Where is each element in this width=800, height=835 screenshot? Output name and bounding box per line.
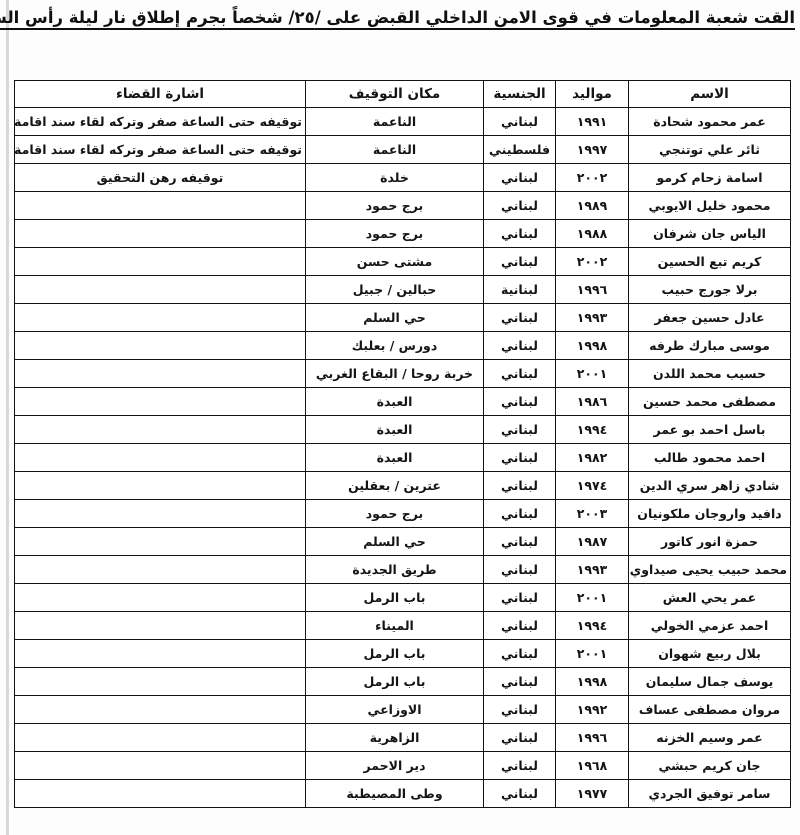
table-row: عمر محمود شحادة١٩٩١لبنانيالناعمةتوقيفه ح…	[15, 108, 791, 136]
cell-birth-year: ٢٠٠١	[556, 640, 629, 668]
cell-arrest-place: الناعمة	[306, 108, 484, 136]
arrests-table: الاسم مواليد الجنسية مكان التوقيف اشارة …	[14, 80, 791, 808]
cell-name: الياس جان شرفان	[629, 220, 791, 248]
header-nationality: الجنسية	[484, 81, 556, 108]
cell-name: مروان مصطفى عساف	[629, 696, 791, 724]
cell-birth-year: ١٩٧٤	[556, 472, 629, 500]
cell-judicial-note	[15, 192, 306, 220]
cell-birth-year: ٢٠٠١	[556, 584, 629, 612]
cell-nationality: لبناني	[484, 612, 556, 640]
cell-birth-year: ١٩٩٤	[556, 612, 629, 640]
cell-nationality: لبناني	[484, 724, 556, 752]
header-name: الاسم	[629, 81, 791, 108]
cell-nationality: لبنانية	[484, 276, 556, 304]
cell-judicial-note	[15, 752, 306, 780]
cell-birth-year: ١٩٩٣	[556, 556, 629, 584]
cell-nationality: لبناني	[484, 388, 556, 416]
cell-arrest-place: الناعمة	[306, 136, 484, 164]
cell-arrest-place: حي السلم	[306, 304, 484, 332]
cell-birth-year: ١٩٨٩	[556, 192, 629, 220]
table-row: اسامة زحام كرمو٢٠٠٢لبنانيخلدةتوقيفه رهن …	[15, 164, 791, 192]
cell-name: حسيب محمد اللدن	[629, 360, 791, 388]
table-header-row: الاسم مواليد الجنسية مكان التوقيف اشارة …	[15, 81, 791, 108]
cell-nationality: لبناني	[484, 500, 556, 528]
header-birth-year: مواليد	[556, 81, 629, 108]
cell-nationality: لبناني	[484, 780, 556, 808]
cell-judicial-note	[15, 668, 306, 696]
table-row: محمد حبيب يحيى صيداوي١٩٩٣لبنانيطريق الجد…	[15, 556, 791, 584]
cell-arrest-place: باب الرمل	[306, 640, 484, 668]
cell-nationality: فلسطيني	[484, 136, 556, 164]
cell-arrest-place: خلدة	[306, 164, 484, 192]
table-row: احمد محمود طالب١٩٨٢لبنانيالعبدة	[15, 444, 791, 472]
cell-name: سامر توفيق الجردي	[629, 780, 791, 808]
cell-arrest-place: الاوزاعي	[306, 696, 484, 724]
table-row: مصطفى محمد حسين١٩٨٦لبنانيالعبدة	[15, 388, 791, 416]
cell-judicial-note	[15, 556, 306, 584]
cell-birth-year: ١٩٦٨	[556, 752, 629, 780]
cell-nationality: لبناني	[484, 332, 556, 360]
cell-judicial-note: توقيفه حتى الساعة صفر وتركه لقاء سند اقا…	[15, 136, 306, 164]
cell-arrest-place: الميناء	[306, 612, 484, 640]
cell-birth-year: ١٩٩٧	[556, 136, 629, 164]
cell-name: شادي زاهر سري الدين	[629, 472, 791, 500]
cell-name: محمد حبيب يحيى صيداوي	[629, 556, 791, 584]
cell-judicial-note	[15, 388, 306, 416]
cell-arrest-place: دورس / بعلبك	[306, 332, 484, 360]
cell-name: عمر محمود شحادة	[629, 108, 791, 136]
cell-name: احمد محمود طالب	[629, 444, 791, 472]
table-row: جان كريم حبشي١٩٦٨لبنانيدير الاحمر	[15, 752, 791, 780]
cell-birth-year: ١٩٩٦	[556, 276, 629, 304]
cell-judicial-note	[15, 640, 306, 668]
cell-arrest-place: باب الرمل	[306, 584, 484, 612]
cell-arrest-place: العبدة	[306, 388, 484, 416]
cell-nationality: لبناني	[484, 248, 556, 276]
cell-judicial-note	[15, 500, 306, 528]
cell-judicial-note	[15, 528, 306, 556]
cell-birth-year: ٢٠٠١	[556, 360, 629, 388]
cell-arrest-place: العبدة	[306, 416, 484, 444]
table-row: شادي زاهر سري الدين١٩٧٤لبنانيعترين / بعق…	[15, 472, 791, 500]
table-row: بلال ربيع شهوان٢٠٠١لبنانيباب الرمل	[15, 640, 791, 668]
cell-nationality: لبناني	[484, 556, 556, 584]
header-judicial-note: اشارة القضاء	[15, 81, 306, 108]
cell-birth-year: ١٩٩٣	[556, 304, 629, 332]
cell-arrest-place: حبالين / جبيل	[306, 276, 484, 304]
cell-arrest-place: باب الرمل	[306, 668, 484, 696]
table-row: كريم تبع الحسين٢٠٠٢لبنانيمشتى حسن	[15, 248, 791, 276]
cell-arrest-place: مشتى حسن	[306, 248, 484, 276]
table-row: دافيد واروجان ملكونيان٢٠٠٣لبنانيبرج حمود	[15, 500, 791, 528]
cell-arrest-place: برج حمود	[306, 500, 484, 528]
cell-birth-year: ١٩٩٢	[556, 696, 629, 724]
cell-nationality: لبناني	[484, 164, 556, 192]
table-row: احمد عزمي الخولي١٩٩٤لبنانيالميناء	[15, 612, 791, 640]
table-row: حسيب محمد اللدن٢٠٠١لبنانيخربة روحا / الب…	[15, 360, 791, 388]
cell-arrest-place: برج حمود	[306, 192, 484, 220]
cell-nationality: لبناني	[484, 416, 556, 444]
table-row: باسل احمد بو عمر١٩٩٤لبنانيالعبدة	[15, 416, 791, 444]
table-row: سامر توفيق الجردي١٩٧٧لبنانيوطى المصيطبة	[15, 780, 791, 808]
cell-arrest-place: العبدة	[306, 444, 484, 472]
cell-judicial-note	[15, 276, 306, 304]
cell-nationality: لبناني	[484, 696, 556, 724]
cell-name: برلا جورج حبيب	[629, 276, 791, 304]
cell-judicial-note	[15, 304, 306, 332]
cell-name: عادل حسين جعفر	[629, 304, 791, 332]
cell-name: حمزة انور كاتور	[629, 528, 791, 556]
cell-name: موسى مبارك طرفه	[629, 332, 791, 360]
cell-arrest-place: دير الاحمر	[306, 752, 484, 780]
table-row: عمر يحي العش٢٠٠١لبنانيباب الرمل	[15, 584, 791, 612]
cell-judicial-note: توقيفه حتى الساعة صفر وتركه لقاء سند اقا…	[15, 108, 306, 136]
cell-judicial-note: توقيفه رهن التحقيق	[15, 164, 306, 192]
cell-arrest-place: الزاهرية	[306, 724, 484, 752]
cell-name: عمر يحي العش	[629, 584, 791, 612]
header-arrest-place: مكان التوقيف	[306, 81, 484, 108]
table-row: موسى مبارك طرفه١٩٩٨لبنانيدورس / بعلبك	[15, 332, 791, 360]
cell-name: مصطفى محمد حسين	[629, 388, 791, 416]
cell-arrest-place: طريق الجديدة	[306, 556, 484, 584]
scan-edge-artifact	[6, 0, 9, 835]
cell-name: كريم تبع الحسين	[629, 248, 791, 276]
cell-name: ثائر علي توتنجي	[629, 136, 791, 164]
cell-name: جان كريم حبشي	[629, 752, 791, 780]
cell-birth-year: ١٩٨٨	[556, 220, 629, 248]
cell-name: بلال ربيع شهوان	[629, 640, 791, 668]
cell-name: احمد عزمي الخولي	[629, 612, 791, 640]
cell-birth-year: ١٩٩٨	[556, 332, 629, 360]
cell-nationality: لبناني	[484, 220, 556, 248]
cell-birth-year: ١٩٨٧	[556, 528, 629, 556]
cell-judicial-note	[15, 220, 306, 248]
cell-name: اسامة زحام كرمو	[629, 164, 791, 192]
cell-birth-year: ١٩٩٤	[556, 416, 629, 444]
cell-nationality: لبناني	[484, 640, 556, 668]
cell-birth-year: ١٩٨٢	[556, 444, 629, 472]
cell-nationality: لبناني	[484, 668, 556, 696]
table-row: حمزة انور كاتور١٩٨٧لبنانيحي السلم	[15, 528, 791, 556]
cell-birth-year: ٢٠٠٣	[556, 500, 629, 528]
cell-arrest-place: خربة روحا / البقاع الغربي	[306, 360, 484, 388]
cell-arrest-place: برج حمود	[306, 220, 484, 248]
cell-judicial-note	[15, 248, 306, 276]
table-row: عمر وسيم الخزنه١٩٩٦لبنانيالزاهرية	[15, 724, 791, 752]
cell-birth-year: ١٩٧٧	[556, 780, 629, 808]
cell-name: يوسف جمال سليمان	[629, 668, 791, 696]
cell-birth-year: ١٩٨٦	[556, 388, 629, 416]
cell-judicial-note	[15, 724, 306, 752]
cell-arrest-place: وطى المصيطبة	[306, 780, 484, 808]
cell-judicial-note	[15, 780, 306, 808]
scanned-document-page: القت شعبة المعلومات في قوى الامن الداخلي…	[0, 0, 800, 835]
cell-nationality: لبناني	[484, 360, 556, 388]
cell-nationality: لبناني	[484, 584, 556, 612]
cell-nationality: لبناني	[484, 304, 556, 332]
cell-name: دافيد واروجان ملكونيان	[629, 500, 791, 528]
cell-judicial-note	[15, 584, 306, 612]
cell-judicial-note	[15, 472, 306, 500]
cell-judicial-note	[15, 360, 306, 388]
cell-nationality: لبناني	[484, 528, 556, 556]
table-row: برلا جورج حبيب١٩٩٦لبنانيةحبالين / جبيل	[15, 276, 791, 304]
table-row: مروان مصطفى عساف١٩٩٢لبنانيالاوزاعي	[15, 696, 791, 724]
cell-birth-year: ٢٠٠٢	[556, 248, 629, 276]
cell-judicial-note	[15, 696, 306, 724]
cell-nationality: لبناني	[484, 108, 556, 136]
cell-birth-year: ١٩٩٦	[556, 724, 629, 752]
table-body: عمر محمود شحادة١٩٩١لبنانيالناعمةتوقيفه ح…	[15, 108, 791, 808]
cell-name: محمود خليل الايوبي	[629, 192, 791, 220]
cell-name: عمر وسيم الخزنه	[629, 724, 791, 752]
cell-judicial-note	[15, 416, 306, 444]
table-row: يوسف جمال سليمان١٩٩٨لبنانيباب الرمل	[15, 668, 791, 696]
cell-name: باسل احمد بو عمر	[629, 416, 791, 444]
cell-arrest-place: حي السلم	[306, 528, 484, 556]
cell-birth-year: ١٩٩١	[556, 108, 629, 136]
document-title: القت شعبة المعلومات في قوى الامن الداخلي…	[40, 8, 795, 27]
cell-nationality: لبناني	[484, 192, 556, 220]
cell-judicial-note	[15, 444, 306, 472]
cell-judicial-note	[15, 612, 306, 640]
cell-arrest-place: عترين / بعقلين	[306, 472, 484, 500]
table-row: محمود خليل الايوبي١٩٨٩لبنانيبرج حمود	[15, 192, 791, 220]
cell-nationality: لبناني	[484, 472, 556, 500]
table-row: الياس جان شرفان١٩٨٨لبنانيبرج حمود	[15, 220, 791, 248]
cell-judicial-note	[15, 332, 306, 360]
table-row: ثائر علي توتنجي١٩٩٧فلسطينيالناعمةتوقيفه …	[15, 136, 791, 164]
cell-birth-year: ٢٠٠٢	[556, 164, 629, 192]
table-row: عادل حسين جعفر١٩٩٣لبنانيحي السلم	[15, 304, 791, 332]
cell-birth-year: ١٩٩٨	[556, 668, 629, 696]
cell-nationality: لبناني	[484, 752, 556, 780]
cell-nationality: لبناني	[484, 444, 556, 472]
